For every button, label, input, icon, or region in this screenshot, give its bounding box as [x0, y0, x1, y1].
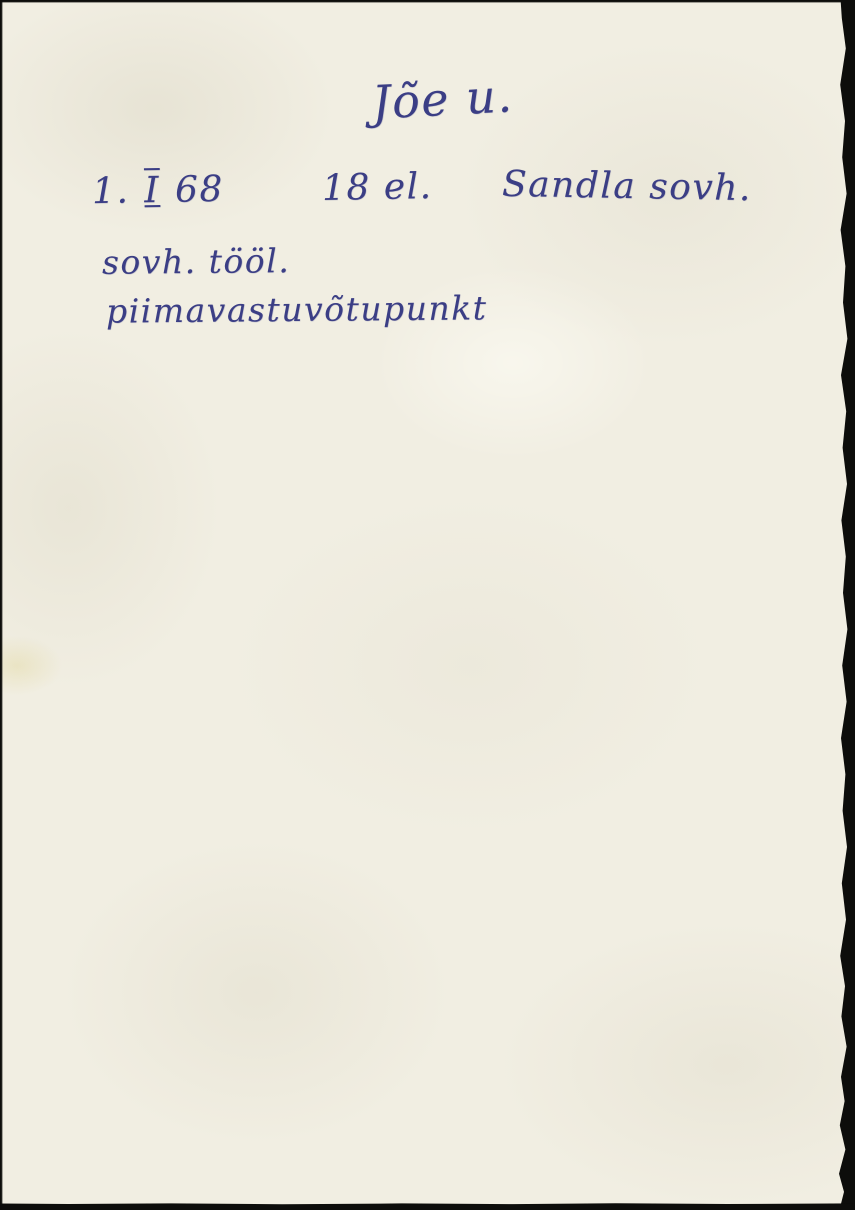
scan-edge-top: [0, 0, 855, 3]
scan-edge-bottom: [0, 1201, 855, 1210]
scanned-note-card: Jõe u. 1. I 68 18 el. Sandla sovh. sovh.…: [0, 0, 855, 1210]
note-date: 1. I 68: [92, 169, 225, 212]
note-title: Jõe u.: [371, 68, 515, 129]
note-occupation-line: sovh. tööl.: [102, 241, 291, 282]
scan-edge-right-torn: [835, 0, 855, 1210]
note-population: 18 el.: [322, 166, 433, 209]
note-date-month-roman: I: [142, 170, 162, 211]
scan-edge-left: [0, 0, 3, 1210]
note-date-year: 68: [175, 169, 225, 211]
note-farm: Sandla sovh.: [502, 164, 753, 209]
note-date-day: 1.: [92, 171, 130, 213]
note-milk-point-line: piimavastuvõtupunkt: [106, 288, 488, 330]
